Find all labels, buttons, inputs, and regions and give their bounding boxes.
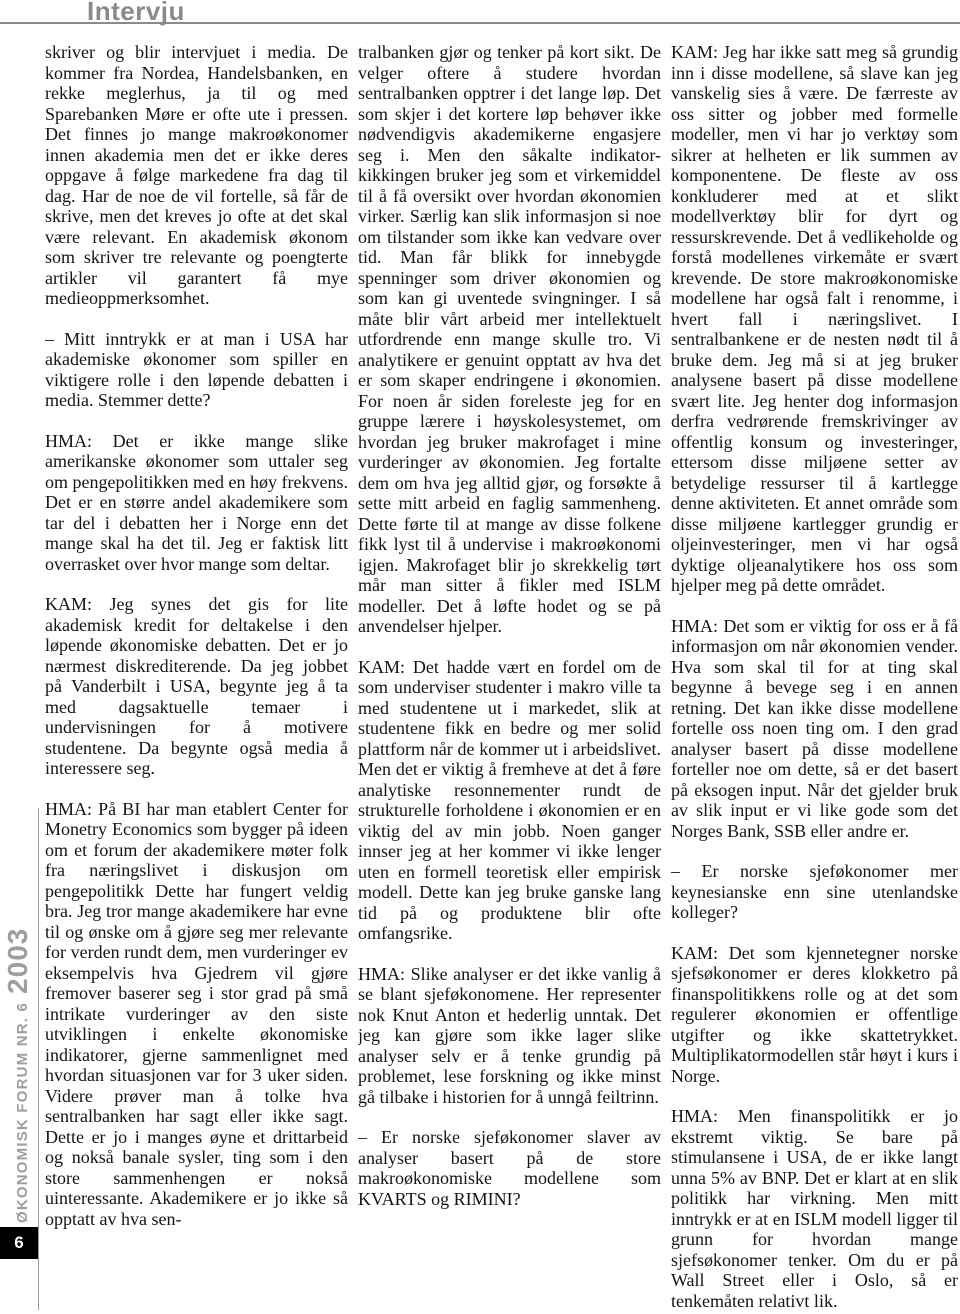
paragraph: HMA: Slike analyser er det ikke vanlig å… <box>358 964 661 1108</box>
paragraph: HMA: På BI har man etablert Center for M… <box>45 799 348 1230</box>
article-body: skriver og blir intervjuet i media. De k… <box>45 42 958 1311</box>
question-paragraph: – Mitt inntrykk er at man i USA har akad… <box>45 329 348 411</box>
paragraph: HMA: Men finanspolitikk er jo ekstremt v… <box>671 1106 958 1311</box>
page-number-badge: 6 <box>0 1227 38 1259</box>
paragraph: KAM: Det hadde vært en fordel om de som … <box>358 657 661 944</box>
paragraph: HMA: Det som er viktig for oss er å få i… <box>671 616 958 842</box>
journal-page: Intervju ØKONOMISK FORUM NR. 62003 6 skr… <box>0 0 960 1314</box>
column-1: skriver og blir intervjuet i media. De k… <box>45 42 348 1311</box>
question-paragraph: – Er norske sjeføkonomer mer keynesiansk… <box>671 861 958 923</box>
page-title: Intervju <box>87 0 185 27</box>
question-paragraph: – Er norske sjeføkonomer slaver av analy… <box>358 1127 661 1209</box>
paragraph: KAM: Jeg synes det gis for lite akademis… <box>45 594 348 779</box>
sidebar-rule <box>38 808 39 1310</box>
column-2: tralbanken gjør og tenker på kort sikt. … <box>358 42 661 1311</box>
journal-year: 2003 <box>2 928 33 994</box>
journal-title-vertical: ØKONOMISK FORUM NR. 62003 <box>3 928 38 1223</box>
column-3: KAM: Jeg har ikke satt meg så grundig in… <box>671 42 958 1311</box>
journal-name: ØKONOMISK FORUM NR. 6 <box>14 1002 31 1223</box>
paragraph: HMA: Det er ikke mange slike amerikanske… <box>45 431 348 575</box>
paragraph: tralbanken gjør og tenker på kort sikt. … <box>358 42 661 637</box>
paragraph: KAM: Det som kjennetegner norske sjefsøk… <box>671 943 958 1087</box>
paragraph: KAM: Jeg har ikke satt meg så grundig in… <box>671 42 958 596</box>
paragraph: skriver og blir intervjuet i media. De k… <box>45 42 348 309</box>
